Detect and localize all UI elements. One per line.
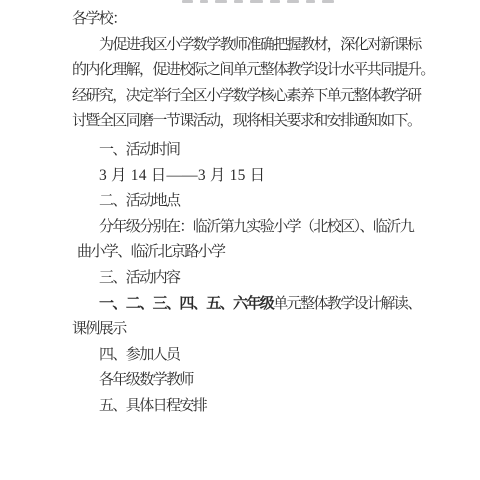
title-fragment-mark	[234, 0, 243, 3]
intro-line-2: 的内化理解，促进校际之间单元整体教学设计水平共同提升。	[72, 57, 422, 83]
title-fragment-mark	[270, 0, 280, 3]
title-fragment-mark	[215, 0, 227, 3]
cropped-title-fragment	[182, 0, 348, 4]
notice-body: 各学校： 为促进我区小学数学教师准确把握教材，深化对新课标 的内化理解，促进校际…	[72, 6, 422, 419]
section-2-heading: 二、活动地点	[72, 188, 422, 214]
title-fragment-mark	[287, 0, 299, 3]
section-4-heading: 四、参加人员	[72, 342, 422, 368]
section-5-heading: 五、具体日程安排	[72, 393, 422, 419]
section-3-body-line-2: 课例展示	[72, 316, 422, 342]
grade-list-emphasis: 一、二、三、四、五、六年级	[99, 295, 273, 312]
section-1-heading: 一、活动时间	[72, 137, 422, 163]
section-4-body-line-1: 各年级数学教师	[72, 367, 422, 393]
intro-line-3: 经研究，决定举行全区小学数学核心素养下单元整体教学研	[72, 83, 422, 109]
intro-line-1: 为促进我区小学数学教师准确把握教材，深化对新课标	[72, 32, 422, 58]
salutation-line: 各学校：	[72, 6, 422, 32]
section-3-heading: 三、活动内容	[72, 265, 422, 291]
section-2-body-line-1: 分年级分别在：临沂第九实验小学（北校区）、临沂九	[72, 214, 422, 240]
section-2-body-line-2: 曲小学、临沂北京路小学	[72, 239, 422, 265]
title-fragment-mark	[322, 0, 334, 3]
section-3-body-line-1: 一、二、三、四、五、六年级单元整体教学设计解读、	[72, 291, 422, 317]
title-fragment-mark	[200, 0, 208, 3]
title-fragment-mark	[250, 0, 263, 3]
notice-document-page: 各学校： 为促进我区小学数学教师准确把握教材，深化对新课标 的内化理解，促进校际…	[0, 0, 480, 480]
title-fragment-mark	[306, 0, 315, 3]
section-1-date-range: 3 月 14 日——3 月 15 日	[72, 163, 422, 189]
title-fragment-mark	[182, 0, 193, 3]
section-3-body-rest: 单元整体教学设计解读、	[273, 295, 420, 312]
intro-line-4: 讨暨全区同磨一节课活动，现将相关要求和安排通知如下。	[72, 108, 422, 134]
